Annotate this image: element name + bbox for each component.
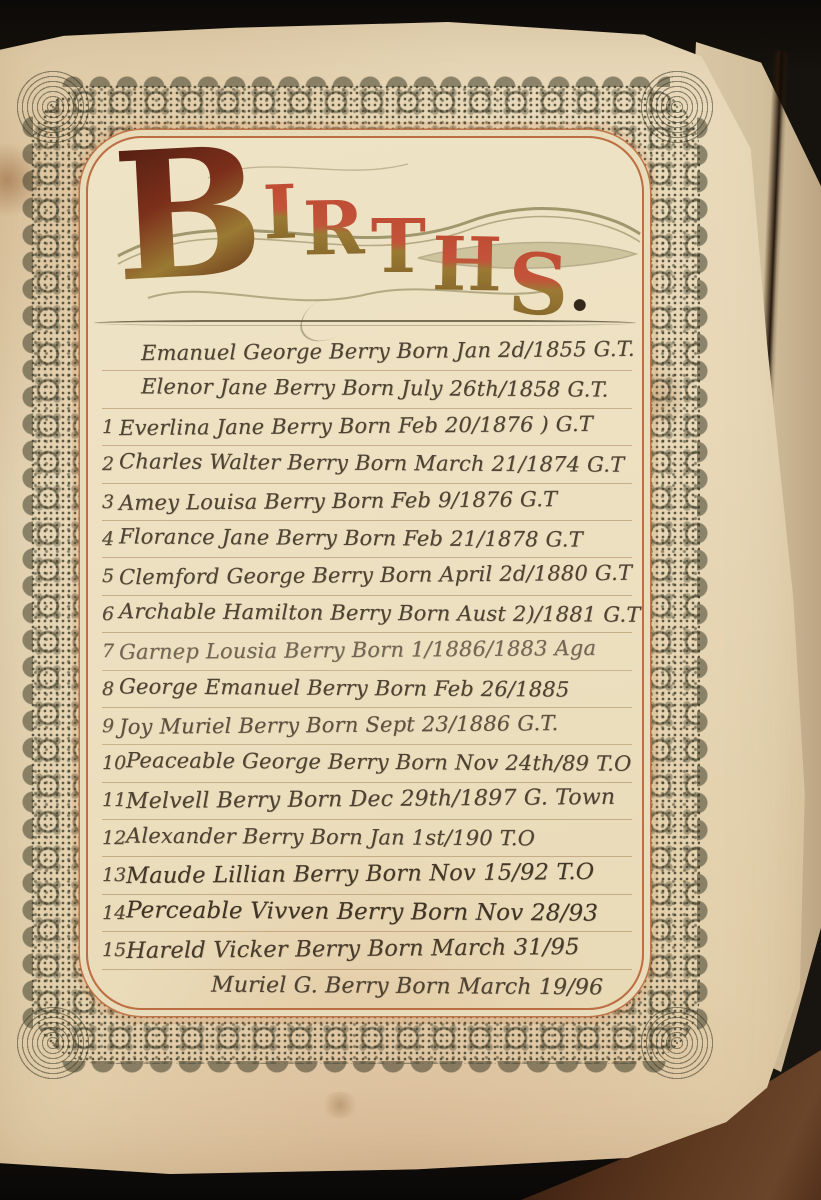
- entry-text: George Emanuel Berry Born Feb 26/1885: [119, 669, 570, 706]
- border-corner-medallion: [14, 68, 92, 146]
- birth-entry: 3Amey Louisa Berry Born Feb 9/1876 G.T: [102, 484, 632, 521]
- entry-text: Hareld Vicker Berry Born March 31/95: [126, 930, 580, 968]
- birth-entry: 6Archable Hamilton Berry Born Aust 2)/18…: [102, 596, 632, 633]
- lace-engraved-border: BIRTHS. Emanuel George Berry Born Jan 2d…: [30, 84, 700, 1064]
- entry-number: 11: [102, 783, 126, 817]
- page-stain: [320, 1092, 360, 1118]
- birth-entry: 10Peaceable George Berry Born Nov 24th/8…: [102, 745, 632, 782]
- border-corner-medallion: [638, 1004, 716, 1082]
- entry-number: 1: [102, 410, 119, 444]
- birth-entry: 9Joy Muriel Berry Born Sept 23/1886 G.T.: [102, 708, 632, 745]
- births-title: BIRTHS.: [114, 136, 591, 294]
- birth-entry: 15Hareld Vicker Berry Born March 31/95: [102, 932, 632, 969]
- border-corner-medallion: [638, 68, 716, 146]
- title-letter-t: T: [371, 210, 426, 284]
- birth-entry: 5Clemford George Berry Born April 2d/188…: [102, 558, 632, 595]
- birth-entry: 4Florance Jane Berry Born Feb 21/1878 G.…: [102, 521, 632, 558]
- entry-text: Elenor Jane Berry Born July 26th/1858 G.…: [141, 370, 609, 407]
- entry-number: 12: [102, 821, 126, 855]
- title-letter-h: H: [431, 227, 502, 302]
- entry-number: 9: [102, 709, 119, 743]
- entry-text: Everlina Jane Berry Born Feb 20/1876 ) G…: [119, 407, 593, 445]
- title-letter-i: I: [261, 175, 298, 250]
- birth-entries-list: Emanuel George Berry Born Jan 2d/1855 G.…: [102, 334, 632, 1006]
- title-letter-b: B: [110, 132, 261, 298]
- entry-text: Amey Louisa Berry Born Feb 9/1876 G.T: [119, 482, 558, 520]
- entry-text: Emanuel George Berry Born Jan 2d/1855 G.…: [141, 332, 635, 370]
- entry-number: 7: [102, 634, 119, 668]
- entry-number: 2: [102, 447, 119, 481]
- register-page: BIRTHS. Emanuel George Berry Born Jan 2d…: [0, 22, 808, 1174]
- births-title-block: BIRTHS.: [88, 138, 642, 334]
- birth-entry: 11Melvell Berry Born Dec 29th/1897 G. To…: [102, 783, 632, 820]
- border-scallop-edge: [60, 71, 670, 87]
- border-scallop-edge: [17, 114, 33, 1034]
- entry-text: Clemford George Berry Born April 2d/1880…: [119, 556, 632, 594]
- entry-text: Maude Lillian Berry Born Nov 15/92 T.O: [126, 855, 595, 893]
- entry-text: Charles Walter Berry Born March 21/1874 …: [119, 444, 625, 482]
- birth-entry: 1Everlina Jane Berry Born Feb 20/1876 ) …: [102, 409, 632, 446]
- entry-number: 14: [102, 896, 126, 930]
- entry-number: 15: [102, 933, 126, 967]
- birth-entry: 13Maude Lillian Berry Born Nov 15/92 T.O: [102, 857, 632, 894]
- entry-text: Joy Muriel Berry Born Sept 23/1886 G.T.: [119, 706, 559, 744]
- entry-number: 13: [102, 858, 126, 892]
- entry-number: 8: [102, 672, 119, 706]
- entry-text: Garnep Lousia Berry Born 1/1886/1883 Aga: [119, 631, 596, 669]
- header-rule-line: [94, 320, 636, 326]
- entry-number: 10: [102, 746, 126, 780]
- entry-text: Archable Hamilton Berry Born Aust 2)/188…: [119, 594, 641, 632]
- entry-text: Perceable Vivven Berry Born Nov 28/93: [126, 893, 598, 930]
- entry-text: Florance Jane Berry Born Feb 21/1878 G.T: [119, 519, 583, 556]
- entry-text: Alexander Berry Born Jan 1st/190 T.O: [126, 819, 535, 856]
- inner-frame-window: BIRTHS. Emanuel George Berry Born Jan 2d…: [86, 136, 644, 1010]
- title-letter-r: R: [303, 191, 366, 266]
- title-letter-s: S: [506, 242, 570, 328]
- entry-number: 6: [102, 597, 119, 631]
- birth-entry: 12Alexander Berry Born Jan 1st/190 T.O: [102, 820, 632, 857]
- antique-book-photo: BIRTHS. Emanuel George Berry Born Jan 2d…: [0, 0, 821, 1200]
- birth-entry: 8George Emanuel Berry Born Feb 26/1885: [102, 671, 632, 708]
- birth-entry: Muriel G. Berry Born March 19/96: [102, 970, 632, 1006]
- entry-text: Peaceable George Berry Born Nov 24th/89 …: [126, 744, 632, 782]
- birth-entry: 14Perceable Vivven Berry Born Nov 28/93: [102, 895, 632, 932]
- border-corner-medallion: [14, 1004, 92, 1082]
- birth-entry: Elenor Jane Berry Born July 26th/1858 G.…: [102, 371, 632, 408]
- birth-entry: 2Charles Walter Berry Born March 21/1874…: [102, 446, 632, 483]
- birth-entry: Emanuel George Berry Born Jan 2d/1855 G.…: [102, 334, 632, 371]
- entry-text: Muriel G. Berry Born March 19/96: [211, 968, 603, 1005]
- title-period: .: [569, 251, 591, 326]
- entry-number: 4: [102, 522, 119, 556]
- entry-number: 5: [102, 559, 119, 593]
- birth-entry: 7Garnep Lousia Berry Born 1/1886/1883 Ag…: [102, 633, 632, 670]
- border-scallop-edge: [697, 114, 713, 1034]
- entry-number: 3: [102, 485, 119, 519]
- border-scallop-edge: [60, 1061, 670, 1079]
- entry-text: Melvell Berry Born Dec 29th/1897 G. Town: [126, 781, 615, 819]
